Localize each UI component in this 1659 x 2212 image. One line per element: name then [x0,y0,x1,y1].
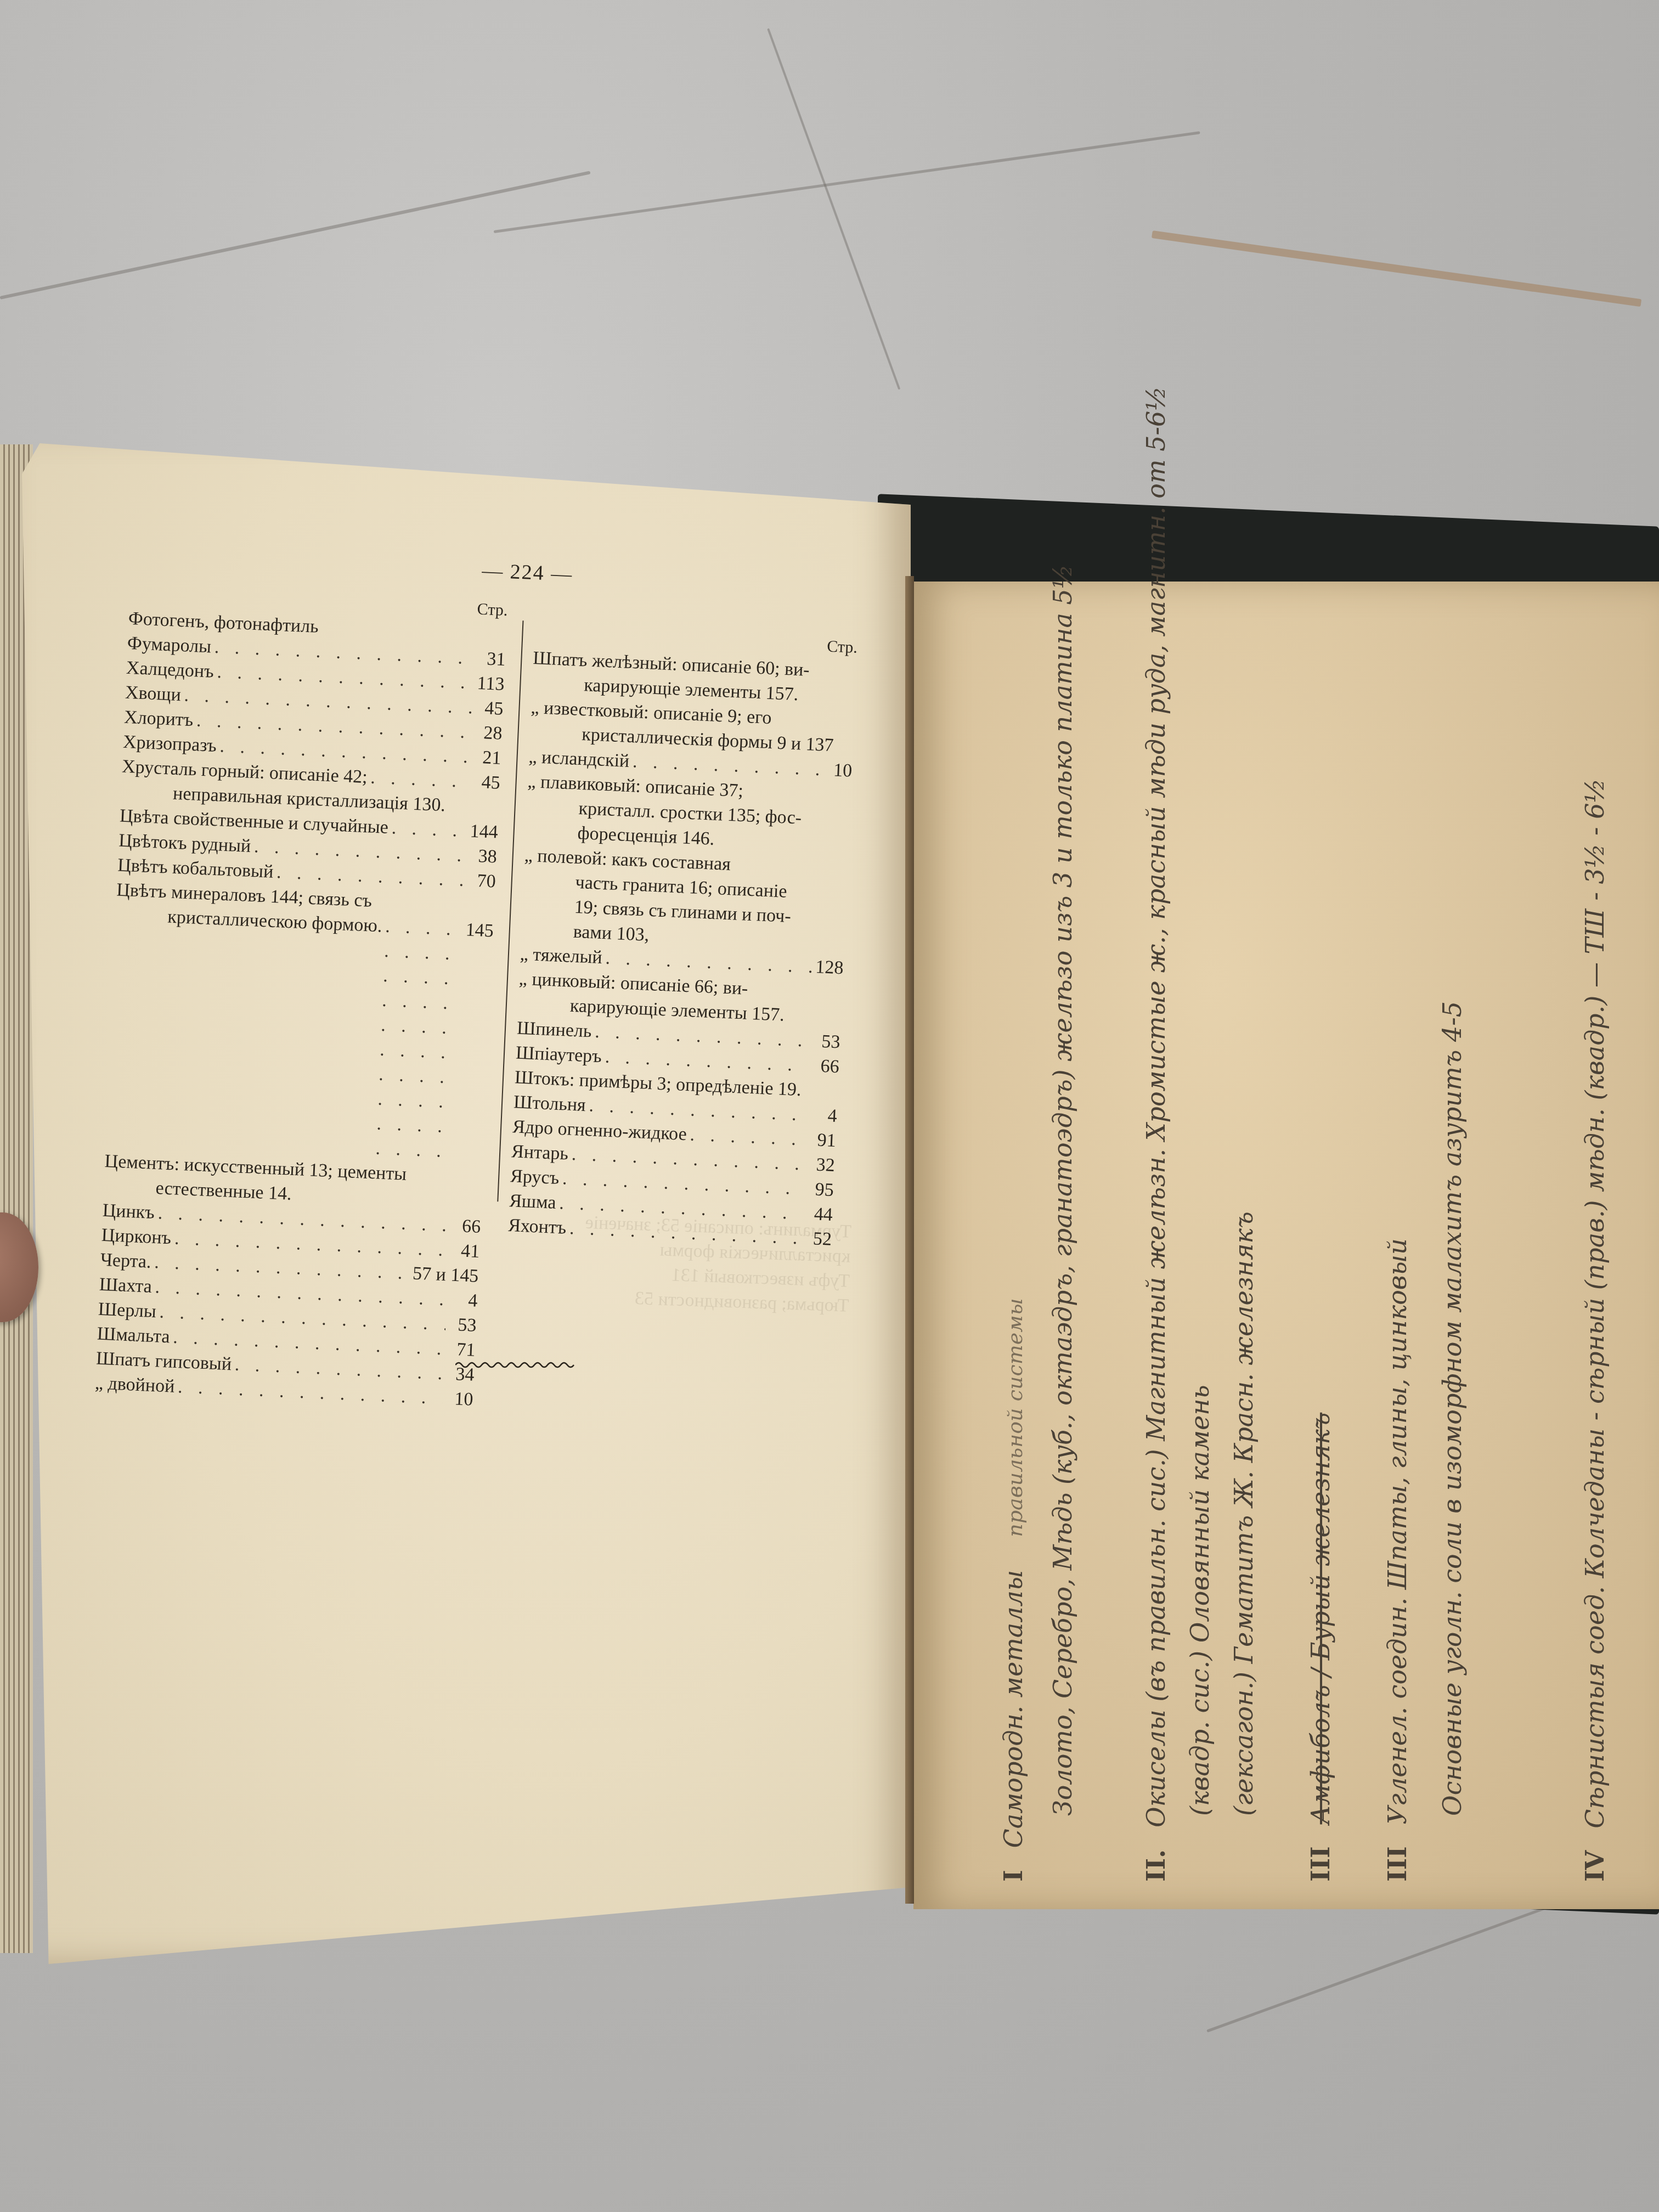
index-page-number: 44 [805,1201,833,1227]
handwritten-text: Амфиболъ / Бурый железнякъ [1306,1413,1335,1825]
handwritten-text: Основные уголн. соли в изоморфном малахи… [1437,1001,1467,1816]
roman-numeral: I [998,1870,1028,1882]
index-term: „ двойной [94,1371,175,1399]
handwritten-line: IVСѣрнистыя соед. Колчеданы - сѣрный (пр… [1580,778,1610,1882]
handwritten-text: Сѣрнистыя соед. Колчеданы - сѣрный (прав… [1580,778,1610,1829]
index-term: Шпіаутеръ [515,1040,602,1069]
roman-numeral: II. [1141,1849,1171,1882]
index-page-number: 32 [807,1152,836,1178]
index-term: Цирконъ [101,1223,172,1251]
dot-leader [391,815,467,843]
index-term: Шахта [99,1272,153,1299]
index-term: Халцедонъ [126,656,215,684]
index-term: Фумаролы [127,631,212,659]
index-page-number: 4 [809,1103,838,1128]
index-page-number: 53 [448,1312,477,1338]
index-page-number: 45 [476,696,504,721]
index-term: Хвощи [125,680,182,707]
index-page-number: 91 [808,1127,837,1153]
roman-numeral: III [1383,1846,1412,1882]
handwritten-text: Золото, Серебро, Мѣдь (куб., октаэдръ, г… [1048,565,1077,1816]
index-term: Хризопразъ [122,730,217,758]
index-term: Шерлы [98,1297,157,1324]
book-gutter [905,576,914,1904]
roman-numeral: IV [1580,1850,1610,1882]
index-page-number: 10 [824,758,853,783]
index-page-number: 21 [473,745,502,771]
index-page-number: 70 [468,868,496,894]
index-page-number: 145 [465,917,494,943]
handwritten-line: IСамородн. металлыправильной системы [998,1298,1028,1882]
index-term: Яшма [509,1188,556,1215]
roman-numeral: III [1306,1846,1335,1882]
index-column-left: Стр. Фотогенъ, фотонафтильФумаролы31Халц… [94,582,508,1412]
index-page-number: 113 [476,671,505,697]
dot-leader [375,914,463,1164]
index-term: Штольня [513,1090,586,1118]
handwritten-text: (гексагон.) Гематитъ Ж. Красн. железнякъ [1229,1211,1259,1816]
handwritten-text: Угленел. соедин. Шпаты, глины, цинковый [1383,1238,1412,1824]
index-term: Хлоритъ [123,705,194,732]
index-term: Яхонтъ [507,1213,567,1240]
handwritten-line: II.Окиселы (въ правильн. сис.) Магнитный… [1141,386,1171,1882]
index-term: Ярусъ [510,1164,560,1190]
index-term: „ тяжелый [520,942,603,970]
handwritten-text: Окиселы (въ правильн. сис.) Магнитный же… [1141,386,1171,1827]
index-term: „ исландскій [528,744,630,774]
index-page-number: 66 [453,1214,481,1239]
index-page-number: 95 [806,1177,834,1203]
handwritten-line: Золото, Серебро, Мѣдь (куб., октаэдръ, г… [1048,565,1077,1816]
index-page-number: 38 [469,843,498,869]
open-book: Турмалинъ: описаніе 53; значеніе кристал… [0,0,1659,2212]
index-term: Черта. [100,1248,151,1274]
index-page-number: 41 [452,1238,480,1264]
index-page-number: 66 [811,1053,840,1079]
index-entry: кристаллическою формою.145 [105,902,494,1165]
index-term: Янтарь [511,1139,569,1166]
index-column-right: Стр. Шпатъ желѣзный: описаніе 60; ви-кар… [507,621,858,1252]
index-term: Цинкъ [102,1198,155,1225]
index-page-number: 144 [470,819,499,844]
index-page-number: 57 и 145 [412,1261,479,1289]
index-term: Шмальта [97,1322,170,1350]
index-term: вами 103, [573,919,650,947]
handwritten-text: Самородн. металлы [998,1570,1028,1848]
index-page-number: 71 [447,1337,476,1363]
handwritten-text: (квадр. сис.) Оловянный камень [1185,1385,1215,1816]
handwritten-line: Основные уголн. соли в изоморфном малахи… [1437,1001,1467,1816]
index-page-number: 52 [804,1226,832,1252]
index-page-number: 4 [449,1288,478,1313]
handwritten-line: IIIУгленел. соедин. Шпаты, глины, цинков… [1383,1238,1412,1882]
decorative-wave-divider [455,1361,576,1369]
page-number: — 224 — [481,558,573,587]
index-page-number: 53 [812,1029,841,1054]
index-page-number: 31 [477,646,506,672]
index-page-number: 28 [475,720,503,746]
index-page-number: 45 [472,770,501,795]
index-page-number: 10 [445,1386,474,1412]
handwritten-line: IIIАмфиболъ / Бурый железнякъ [1306,1413,1335,1882]
handwritten-line: (гексагон.) Гематитъ Ж. Красн. железнякъ [1229,1211,1259,1816]
dot-leader [370,765,470,794]
handwritten-line: (квадр. сис.) Оловянный камень [1185,1385,1215,1816]
index-page-number: 128 [815,955,844,980]
handwritten-annotation: правильной системы [1003,1298,1027,1537]
index-term: Шпинель [516,1015,592,1043]
